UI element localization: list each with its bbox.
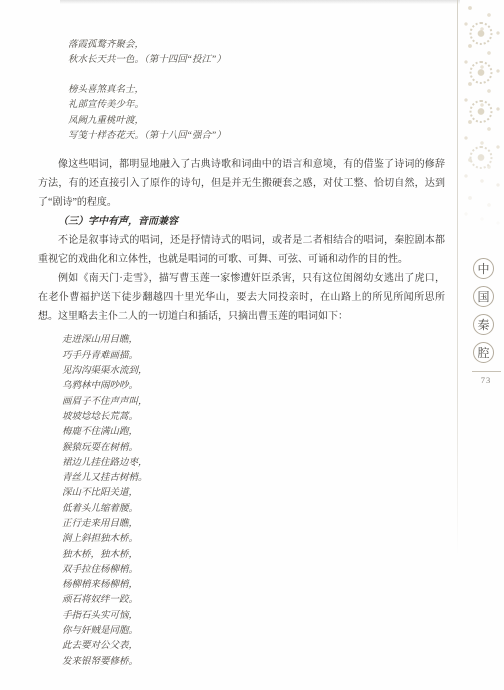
series-title-seal: 国	[473, 286, 494, 307]
quote-line: 礼部宣传美少年。	[68, 98, 445, 113]
paragraph-analysis: 不论是叙事诗式的唱词，还是抒情诗式的唱词，或者是二者相结合的唱词，秦腔剧本都重视…	[38, 231, 445, 269]
verse-line: 巧手丹青难画描。	[62, 349, 445, 364]
verse-line: 梅鹿不住满山跑，	[62, 425, 445, 440]
rosette-medallion-icon	[470, 61, 493, 84]
paragraph-commentary: 像这些唱词，都明显地融入了古典诗歌和词曲中的语言和意境，有的借鉴了诗词的修辞方法…	[38, 155, 445, 212]
verse-line: 青丝儿又挂古树梢。	[62, 471, 445, 486]
series-title-seal: 中	[473, 258, 494, 279]
verse-line: 低着头儿缩着腰。	[62, 502, 445, 517]
series-title-char: 秦	[477, 316, 489, 333]
margin-divider-line	[457, 0, 458, 556]
section-heading: （三）字中有声，音而兼容	[38, 212, 445, 231]
quote-line: 秋水长天共一色。（第十四回“投江”）	[68, 53, 445, 68]
rosette-medallion-icon	[470, 100, 493, 123]
aria-verse-block: 走进深山用目瞧， 巧手丹青难画描。 见沟沟渠渠水流到， 乌鸦林中闹吵吵。 画眉子…	[62, 333, 445, 670]
series-title-seal: 秦	[473, 314, 494, 335]
verse-line: 此去要对公父表，	[62, 639, 445, 654]
verse-line: 杨柳梢来杨柳梢，	[62, 578, 445, 593]
series-title-char: 国	[477, 288, 489, 305]
quote-line: 落霞孤鹜齐聚会，	[68, 38, 445, 53]
verse-line: 发来银帑要修桥。	[62, 655, 445, 670]
verse-line: 顽石将奴绊一跤。	[62, 593, 445, 608]
quote-line: 凤阙九重桃叶渡，	[68, 114, 445, 129]
book-page: 中 国 秦 腔 73 落霞孤鹜齐聚会， 秋水长天共一色。（第十四回“投江”） 榜…	[0, 0, 504, 690]
text-column: 落霞孤鹜齐聚会， 秋水长天共一色。（第十四回“投江”） 榜头喜煞真名士， 礼部宣…	[38, 38, 445, 670]
series-title-seal: 腔	[473, 342, 494, 363]
verse-line: 双手拉住杨柳梢。	[62, 563, 445, 578]
verse-line: 坡坡埝埝长荒蒿。	[62, 410, 445, 425]
verse-line: 你与奸贼是同胞。	[62, 624, 445, 639]
verse-line: 手指石头实可恼，	[62, 609, 445, 624]
series-title-char: 中	[477, 260, 489, 277]
paragraph-example-intro: 例如《南天门·走雪》，描写曹玉莲一家惨遭奸臣杀害，只有这位闺阁幼女逃出了虎口，在…	[38, 269, 445, 326]
verse-line: 独木桥，独木桥，	[62, 548, 445, 563]
verse-line: 见沟沟渠渠水流到，	[62, 364, 445, 379]
quote-line: 写笺十样杏花天。（第十八回“强合”）	[68, 129, 445, 144]
verse-line: 猴猿玩耍在树梢。	[62, 441, 445, 456]
verse-line: 裙边儿挂住路边枣，	[62, 456, 445, 471]
verse-line: 画眉子不住声声叫，	[62, 395, 445, 410]
series-title-sidebar: 中 国 秦 腔	[473, 258, 493, 370]
series-title-char: 腔	[477, 344, 489, 361]
rosette-medallion-icon	[470, 146, 493, 169]
verse-line: 涧上斜担独木桥。	[62, 532, 445, 547]
verse-line: 乌鸦林中闹吵吵。	[62, 379, 445, 394]
page-top-scan-shadow	[60, 0, 460, 4]
quote-line: 榜头喜煞真名士，	[68, 83, 445, 98]
quote-stanza-2: 榜头喜煞真名士， 礼部宣传美少年。 凤阙九重桃叶渡， 写笺十样杏花天。（第十八回…	[68, 83, 445, 145]
verse-line: 走进深山用目瞧，	[62, 333, 445, 348]
page-number: 73	[474, 375, 498, 385]
rosette-medallion-icon	[470, 22, 493, 45]
page-number-rule	[472, 371, 501, 372]
verse-line: 深山不比阳关道，	[62, 486, 445, 501]
verse-line: 正行走来用目瞧，	[62, 517, 445, 532]
brocade-corner-ornament	[458, 0, 504, 240]
quote-stanza-1: 落霞孤鹜齐聚会， 秋水长天共一色。（第十四回“投江”）	[68, 38, 445, 69]
